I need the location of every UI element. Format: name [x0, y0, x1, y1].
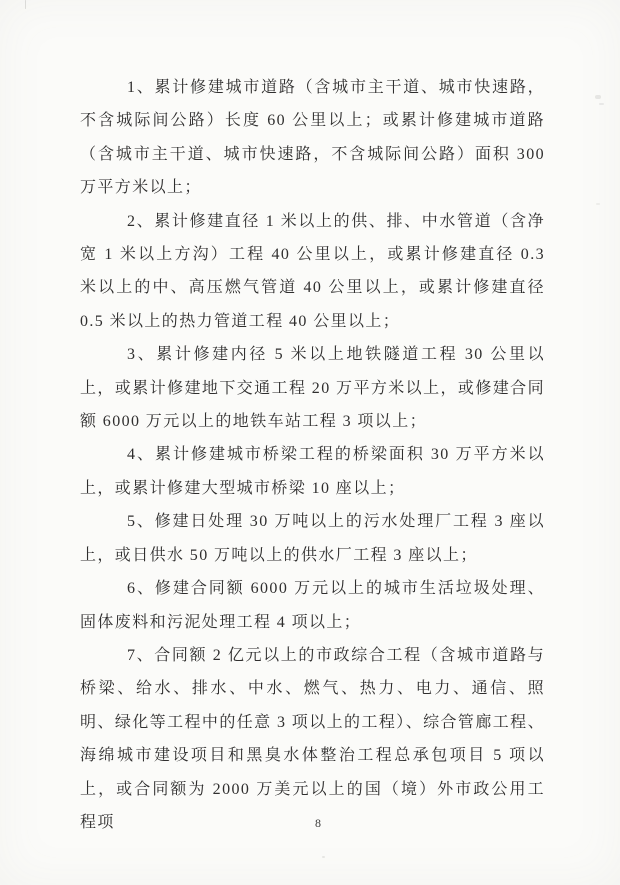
paragraph-4: 4、累计修建城市桥梁工程的桥梁面积 30 万平方米以上，或累计修建大型城市桥梁 …	[80, 438, 545, 505]
scan-artifact	[599, 103, 604, 105]
paragraph-7: 7、合同额 2 亿元以上的市政综合工程（含城市道路与桥梁、给水、排水、中水、燃气…	[80, 639, 545, 839]
scan-artifact	[25, 0, 26, 9]
scan-artifact	[596, 203, 600, 205]
scanned-document-page: 1、累计修建城市道路（含城市主干道、城市快速路，不含城际间公路）长度 60 公里…	[0, 0, 620, 885]
scan-artifact	[322, 856, 325, 858]
document-body: 1、累计修建城市道路（含城市主干道、城市快速路，不含城际间公路）长度 60 公里…	[80, 71, 545, 839]
page-number: 8	[16, 816, 620, 831]
scan-artifact	[595, 95, 601, 99]
paragraph-5: 5、修建日处理 30 万吨以上的污水处理厂工程 3 座以上，或日供水 50 万吨…	[80, 505, 545, 572]
paragraph-3: 3、累计修建内径 5 米以上地铁隧道工程 30 公里以上，或累计修建地下交通工程…	[80, 338, 545, 438]
paragraph-2: 2、累计修建直径 1 米以上的供、排、中水管道（含净宽 1 米以上方沟）工程 4…	[80, 205, 545, 339]
paragraph-6: 6、修建合同额 6000 万元以上的城市生活垃圾处理、固体废料和污泥处理工程 4…	[80, 572, 545, 639]
paragraph-1: 1、累计修建城市道路（含城市主干道、城市快速路，不含城际间公路）长度 60 公里…	[80, 71, 545, 205]
